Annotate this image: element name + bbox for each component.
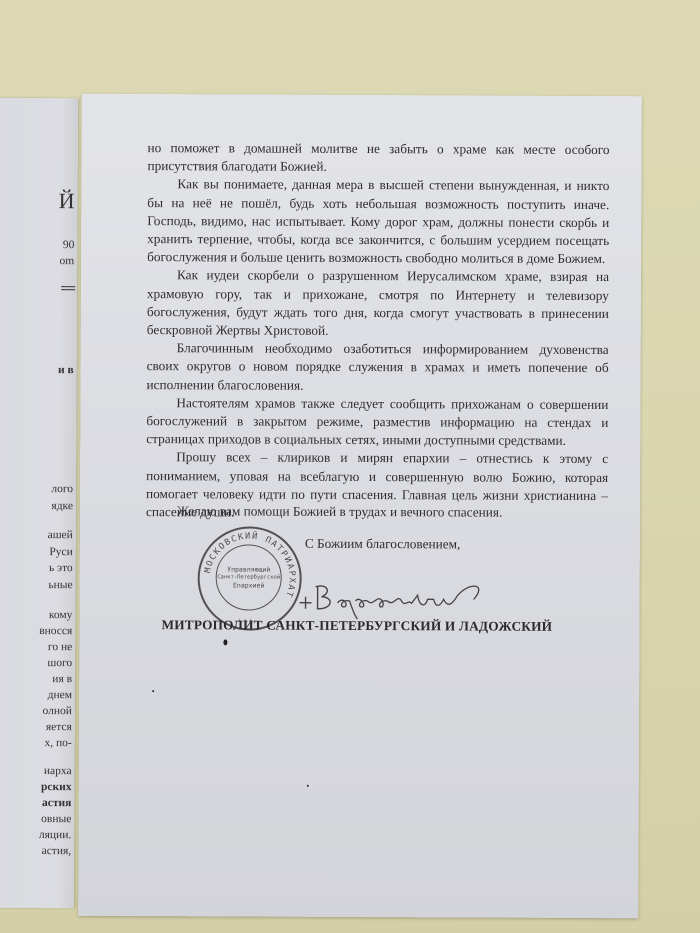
left-page-text-fragment: го не [48,640,72,656]
closing-line: Желаю вам помощи Божией в трудах и вечно… [177,503,502,520]
svg-text:+Варсонофий: +Варсонофий [298,573,304,574]
stamp-line: Управляющий [227,565,270,573]
stamp-line: Санкт-Петербургской [217,573,280,581]
left-page-text-fragment: om [60,254,75,270]
paragraph: Настоятелям храмов также следует сообщит… [146,394,608,451]
left-page-text-fragment: ь это [49,561,73,577]
left-page-text-fragment: 90 [63,238,75,254]
signatory-title: МИТРОПОЛИТ САНКТ-ПЕТЕРБУРГСКИЙ И ЛАДОЖСК… [161,617,552,635]
stamp-line: Епархией [233,581,264,589]
left-page-text-fragment: Руси [49,545,72,561]
document-page: но поможет в домашней молитве не забыть … [78,94,642,918]
paragraph: Как вы понимаете, данная мера в высшей с… [147,175,609,268]
left-page-text-fragment: шого [47,656,72,672]
left-page-text-fragment: рских [41,780,72,796]
document-body: но поможет в домашней молитве не забыть … [146,139,610,523]
paragraph: Благочинным необходимо озаботиться инфор… [146,339,608,396]
paragraph: но поможет в домашней молитве не забыть … [147,139,609,177]
left-page-text-fragment: и в [58,363,74,379]
left-page-text-fragment: х, по- [44,736,71,752]
double-rule-divider [61,286,75,290]
ink-speck [223,639,227,645]
left-page-text-fragment: олной [42,704,71,720]
blessing-line: С Божиим благословением, [305,536,461,553]
paragraph: Как иудеи скорбели о разрушенном Иерусал… [147,266,609,341]
stamp-center: Управляющий Санкт-Петербургской Епархией [216,544,282,610]
left-page-text-fragment: ия в [52,672,72,688]
left-partial-page: Й90omи влогоядкеашейРусиь этоьныекомувно… [0,98,78,908]
left-page-text-fragment: астия [42,796,71,812]
left-page-text-fragment: ашей [48,528,73,544]
left-page-text-fragment: ьные [48,578,72,594]
left-page-text-fragment: днем [48,688,72,704]
left-page-text-fragment: Й [59,193,75,209]
ink-speck [152,690,154,692]
handwritten-signature: +Варсонофий [297,573,497,624]
left-page-text-fragment: яется [46,720,72,736]
left-page-text-fragment: овные [41,812,71,828]
left-page-text-fragment: ядке [51,499,73,515]
left-page-text-fragment: иарха [44,764,72,780]
left-page-text-fragment: вносся [39,624,72,640]
left-page-text-fragment: кому [49,608,73,624]
left-page-text-fragment: лого [51,482,73,498]
left-page-text-fragment: астия, [42,844,72,860]
left-page-text-fragment: ляции. [39,828,71,844]
ink-speck [307,785,309,787]
official-stamp: МОСКОВСКИЙ ПАТРИАРХАТ + + + Управляющий … [197,526,301,630]
